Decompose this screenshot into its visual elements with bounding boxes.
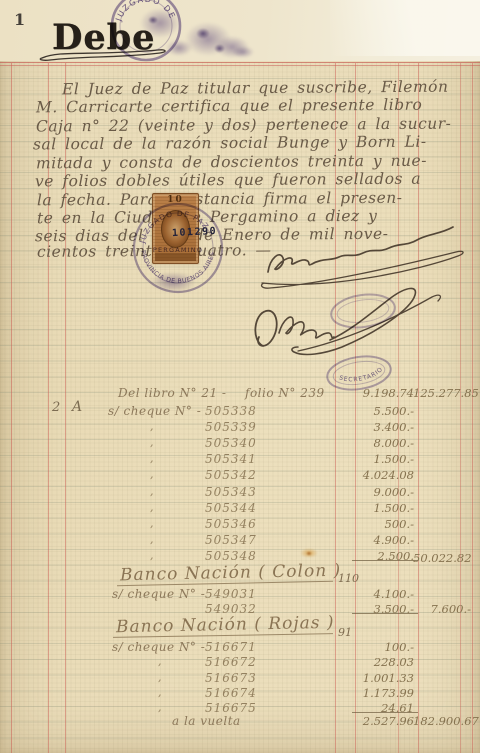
secretary-signature: [279, 317, 334, 338]
ditto-mark: ,: [158, 701, 162, 714]
ditto-mark: ,: [150, 420, 154, 433]
cheque-amount: 228.03: [346, 655, 414, 669]
ink-smudge: [196, 28, 210, 39]
ink-smudge: [150, 272, 196, 292]
margin-letter: A: [72, 399, 82, 415]
opening-balance: 125.277.85: [413, 386, 471, 400]
cheque-amount: 4.900.-: [346, 533, 414, 547]
ditto-mark: ,: [150, 501, 154, 514]
opening-debit: 9.198.74: [346, 386, 414, 400]
cheque-number: 516673: [205, 671, 257, 685]
cheque-amount: 9.000.-: [346, 485, 414, 499]
cheque-amount: 1.001.33: [346, 671, 414, 685]
cheque-label: s/ cheque N° -: [112, 640, 205, 654]
carry-forward-debit: 2.527.96: [346, 714, 414, 728]
cheque-number: 505338: [205, 404, 257, 418]
cheque-number: 549031: [205, 587, 257, 601]
seal-text-center: PERGAMINO: [153, 246, 203, 254]
carry-forward-balance: 182.900.67: [413, 714, 471, 728]
cheque-amount: 1.500.-: [346, 501, 414, 515]
ditto-mark: ,: [150, 549, 154, 562]
secretary-signature: [255, 311, 276, 346]
cheque-amount: 4.100.-: [346, 587, 414, 601]
carry-forward-label: a la vuelta: [172, 714, 241, 728]
cheque-number: 505347: [205, 533, 257, 547]
cheque-number: 505348: [205, 549, 257, 563]
subtotal-rule: [352, 613, 418, 614]
cheque-number: 505341: [205, 452, 257, 466]
judge-signature: [268, 227, 453, 272]
ink-smudge: [166, 40, 192, 56]
cheque-amount: 500.-: [346, 517, 414, 531]
cheque-label: s/ cheque N° -: [112, 587, 205, 601]
section-subtotal: 50.022.82: [413, 551, 471, 565]
ink-smudge: [148, 16, 158, 24]
ditto-mark: ,: [150, 436, 154, 449]
ditto-mark: ,: [150, 452, 154, 465]
opening-label: Del libro N° 21 -: [118, 386, 226, 400]
folio-ref: 91: [338, 626, 352, 639]
cheque-amount: 5.500.-: [346, 404, 414, 418]
ditto-mark: ,: [158, 686, 162, 699]
cheque-number: 505343: [205, 485, 257, 499]
judge-signature-rubric: [262, 251, 464, 288]
cheque-number: 516674: [205, 686, 257, 700]
ditto-mark: ,: [150, 485, 154, 498]
cheque-label: s/ cheque N° -: [108, 404, 201, 418]
ink-smudge: [214, 44, 225, 53]
folio-ref: 110: [338, 572, 359, 585]
cheque-number: 505344: [205, 501, 257, 515]
ditto-mark: ,: [150, 533, 154, 546]
cheque-amount: 4.024.08: [346, 468, 414, 482]
ink-smudge: [232, 46, 254, 58]
ditto-mark: ,: [150, 468, 154, 481]
cheque-number: 516672: [205, 655, 257, 669]
paper-stain: [306, 551, 312, 556]
ledger-page: 1 Debe El Juez de Paz titular que suscri…: [0, 0, 480, 753]
cheque-number: 505346: [205, 517, 257, 531]
cheque-number: 505339: [205, 420, 257, 434]
ink-smudge: [140, 8, 180, 38]
subtotal-rule: [352, 560, 418, 561]
ditto-mark: ,: [158, 671, 162, 684]
cheque-amount: 3.400.-: [346, 420, 414, 434]
section-subtotal: 7.600.-: [413, 602, 471, 616]
cheque-number: 505342: [205, 468, 257, 482]
cheque-amount: 1.500.-: [346, 452, 414, 466]
cheque-amount: 1.173.99: [346, 686, 414, 700]
cheque-number: 516671: [205, 640, 257, 654]
cheque-number: 505340: [205, 436, 257, 450]
margin-day: 2: [52, 400, 60, 415]
cheque-amount: 100.-: [346, 640, 414, 654]
opening-folio: folio N° 239: [245, 386, 325, 400]
ditto-mark: ,: [158, 655, 162, 668]
ditto-mark: ,: [150, 517, 154, 530]
cheque-number: 516675: [205, 701, 257, 715]
cheque-amount: 8.000.-: [346, 436, 414, 450]
